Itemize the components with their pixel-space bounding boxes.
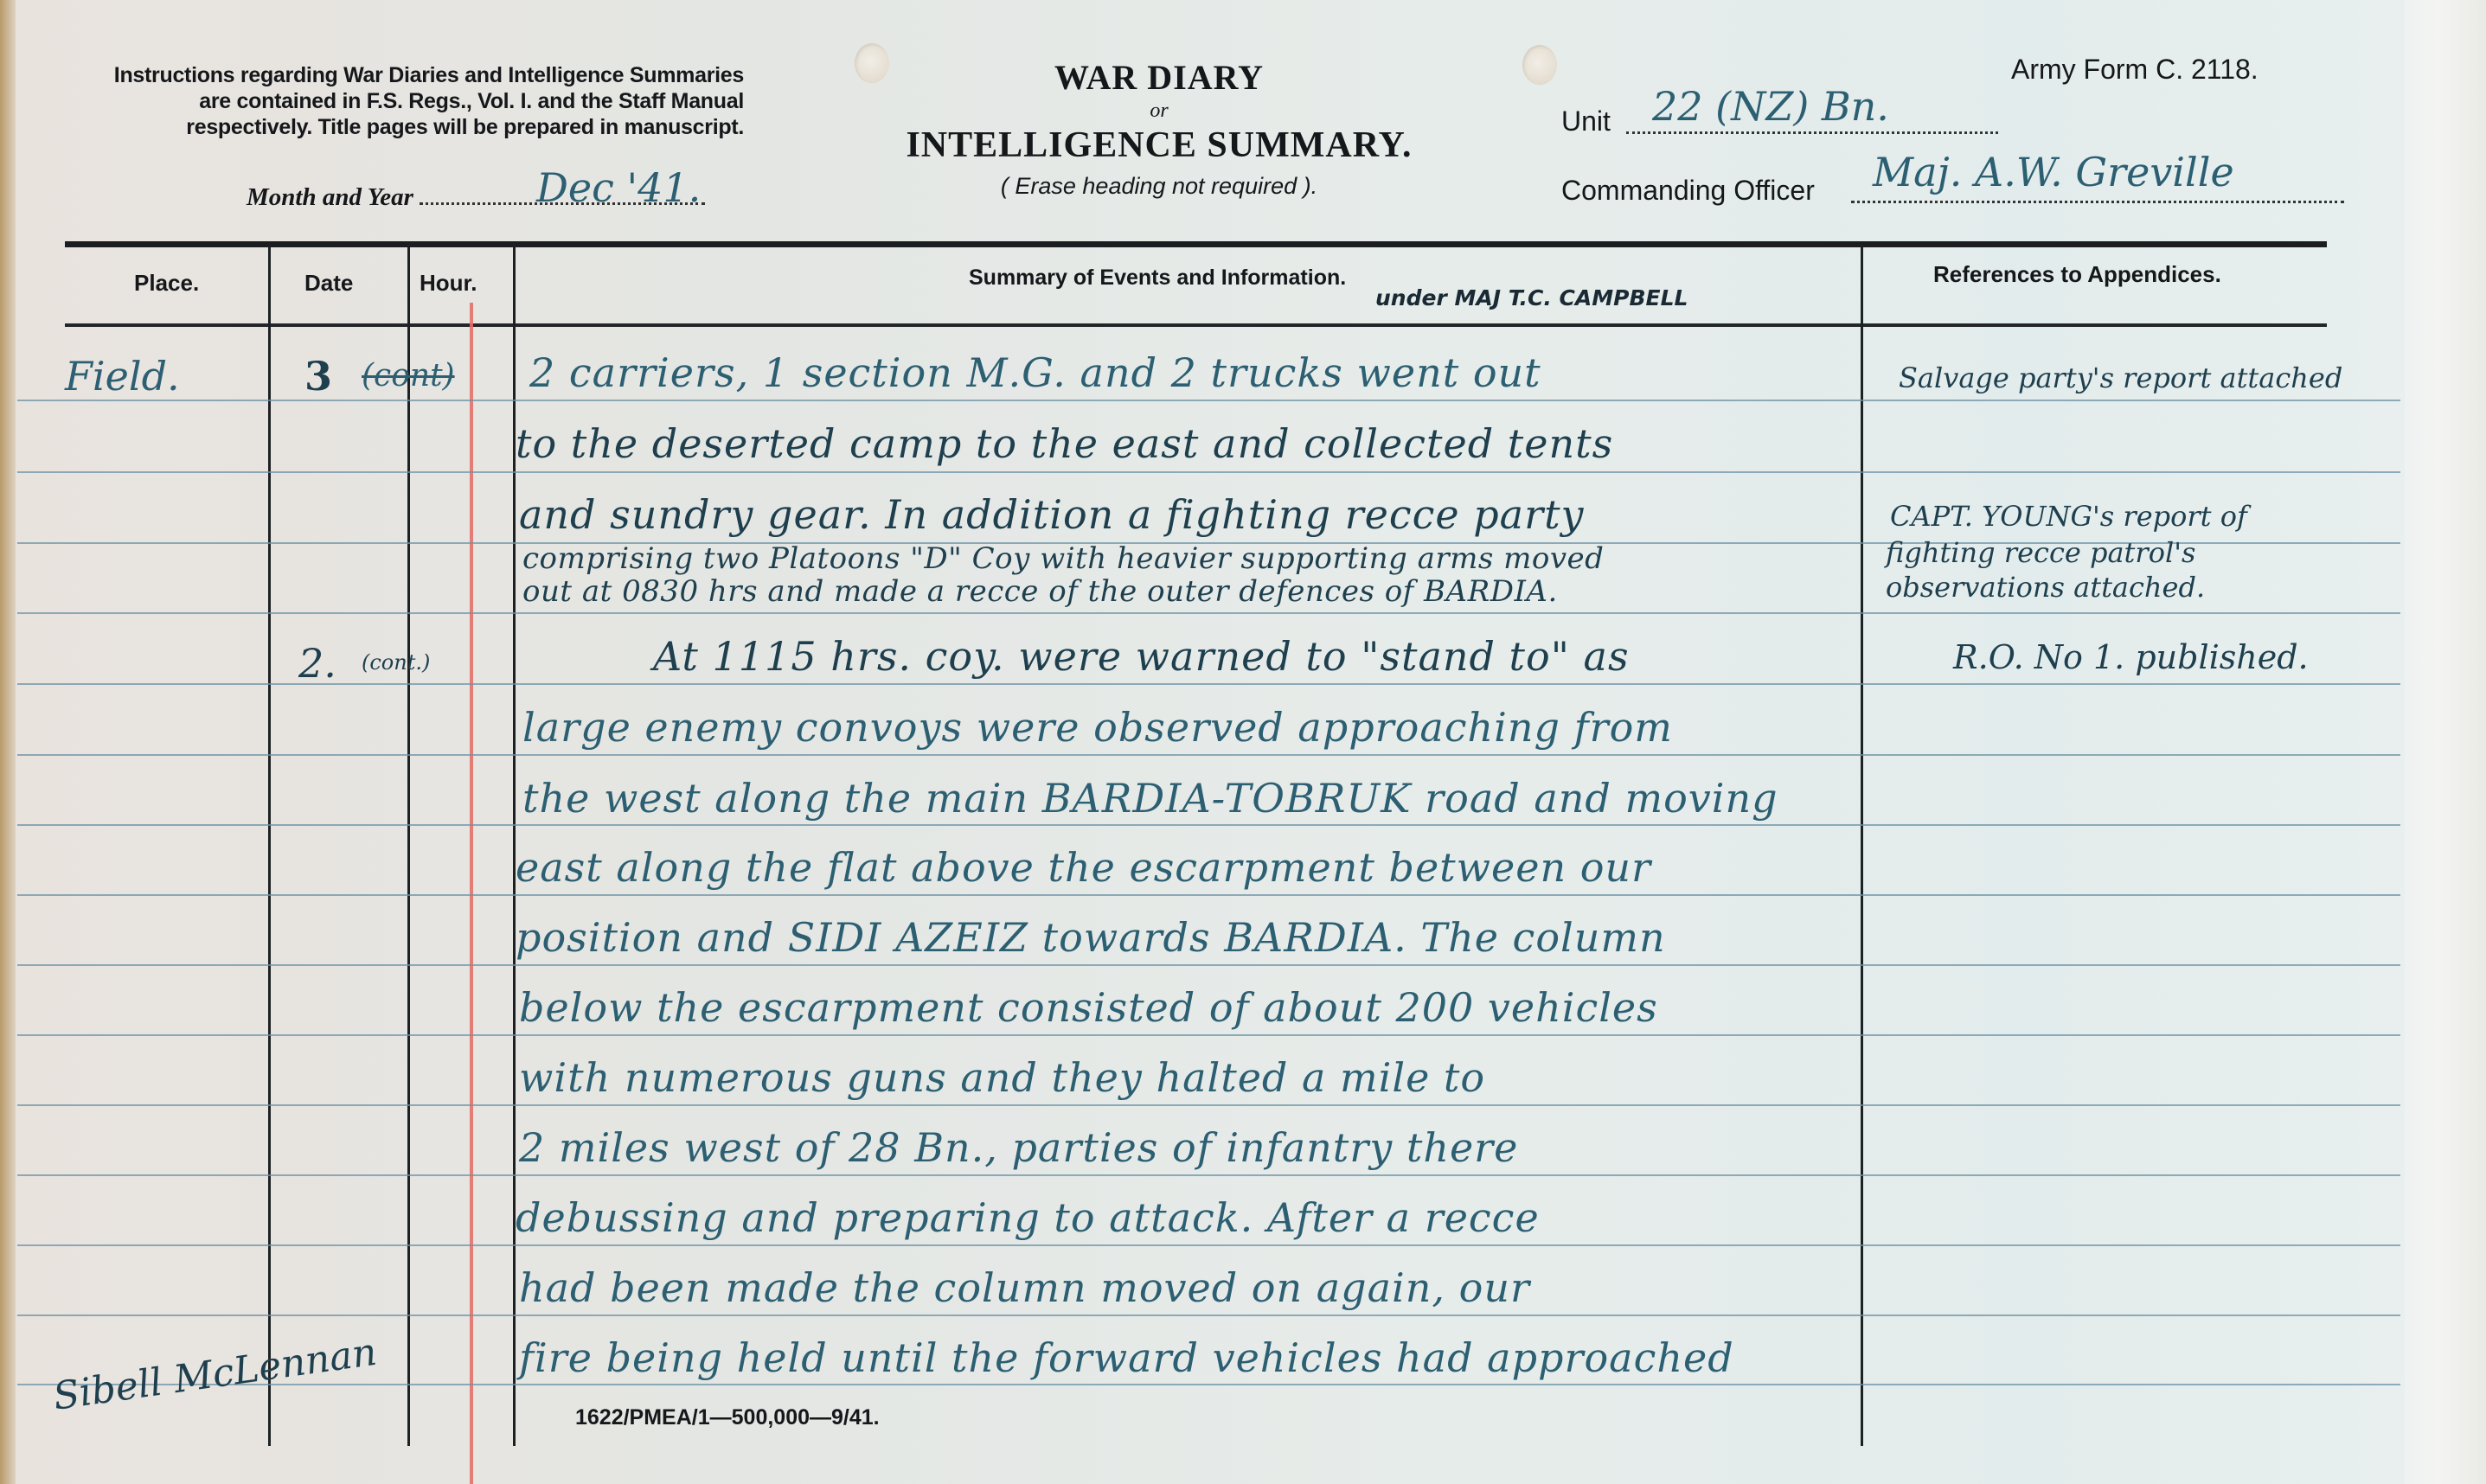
ruled-line [17, 471, 2400, 473]
commanding-officer-dotted-line [1851, 201, 2344, 203]
unit-label: Unit [1561, 106, 1611, 138]
ruled-line [17, 1244, 2400, 1246]
table-header-rule [65, 323, 2327, 327]
title-intelligence-summary: INTELLIGENCE SUMMARY. [848, 125, 1470, 166]
ruled-line [17, 1034, 2400, 1036]
summary-header-annotation: under MAJ T.C. CAMPBELL [1375, 285, 1688, 310]
summary-line: east along the flat above the escarpment… [516, 844, 1651, 891]
place-entry: Field. [65, 353, 180, 400]
unit-dotted-line [1626, 131, 1998, 134]
date-entry-1: 3 [304, 353, 332, 400]
date-entry-1-struck: (cont) [362, 358, 455, 393]
ruled-line [17, 754, 2400, 756]
header-hour: Hour. [420, 270, 477, 297]
column-divider-place-date [268, 244, 271, 1446]
ruled-line [17, 1174, 2400, 1176]
print-code: 1622/PMEA/1—500,000—9/41. [575, 1405, 880, 1430]
reference-entry: Salvage party's report attached [1899, 361, 2342, 394]
summary-line: At 1115 hrs. coy. were warned to "stand … [653, 633, 1630, 680]
date-entry-2-note: (cont.) [362, 650, 430, 675]
title-war-diary: WAR DIARY [848, 57, 1470, 98]
summary-line: large enemy convoys were observed approa… [522, 704, 1673, 751]
summary-line: below the escarpment consisted of about … [519, 984, 1658, 1031]
title-note: ( Erase heading not required ). [848, 173, 1470, 200]
reference-entry: R.O. No 1. published. [1953, 638, 2309, 676]
unit-value: 22 (NZ) Bn. [1652, 83, 1889, 130]
summary-line: with numerous guns and they halted a mil… [519, 1054, 1485, 1101]
column-divider-date-hour [407, 244, 410, 1446]
header-place: Place. [134, 270, 199, 297]
reference-entry: observations attached. [1886, 571, 2205, 604]
page-left-edge [0, 0, 16, 1484]
table-top-rule [65, 241, 2327, 247]
ruled-line [17, 1104, 2400, 1106]
summary-line: debussing and preparing to attack. After… [516, 1194, 1540, 1241]
date-entry-2: 2. [298, 640, 336, 687]
ruled-line [17, 683, 2400, 685]
header-date: Date [304, 270, 353, 297]
army-form-number: Army Form C. 2118. [2011, 54, 2259, 86]
ruled-line [17, 612, 2400, 614]
summary-line: and sundry gear. In addition a fighting … [519, 491, 1585, 538]
page-right-margin [2405, 0, 2486, 1484]
summary-line: had been made the column moved on again,… [519, 1264, 1530, 1311]
commanding-officer-value: Maj. A.W. Greville [1873, 149, 2234, 195]
form-title: WAR DIARY or INTELLIGENCE SUMMARY. ( Era… [848, 57, 1470, 200]
summary-line: 2 miles west of 28 Bn., parties of infan… [519, 1124, 1518, 1171]
form-instructions: Instructions regarding War Diaries and I… [86, 62, 744, 140]
reference-entry: fighting recce patrol's [1886, 536, 2195, 569]
summary-line: 2 carriers, 1 section M.G. and 2 trucks … [529, 349, 1541, 396]
ruled-line [17, 894, 2400, 896]
commanding-officer-label: Commanding Officer [1561, 175, 1815, 207]
header-summary: Summary of Events and Information. [969, 265, 1346, 291]
summary-line: out at 0830 hrs and made a recce of the … [522, 574, 1558, 609]
summary-line: comprising two Platoons "D" Coy with hea… [522, 541, 1604, 576]
month-year-value: Dec '41. [536, 164, 701, 211]
header-references: References to Appendices. [1933, 261, 2221, 288]
ruled-line [17, 1384, 2400, 1385]
summary-line: position and SIDI AZEIZ towards BARDIA. … [516, 914, 1666, 961]
ruled-line [17, 824, 2400, 826]
summary-line: fire being held until the forward vehicl… [519, 1334, 1734, 1381]
reference-entry: CAPT. YOUNG's report of [1890, 500, 2247, 533]
ruled-line [17, 964, 2400, 966]
punch-hole-right [1522, 45, 1557, 85]
ruled-line [17, 400, 2400, 401]
red-margin-line [470, 303, 473, 1484]
summary-line: to the deserted camp to the east and col… [516, 420, 1613, 467]
title-or: or [848, 99, 1470, 123]
column-divider-summary-references [1861, 244, 1863, 1446]
summary-line: the west along the main BARDIA-TOBRUK ro… [522, 775, 1778, 822]
ruled-line [17, 1314, 2400, 1316]
